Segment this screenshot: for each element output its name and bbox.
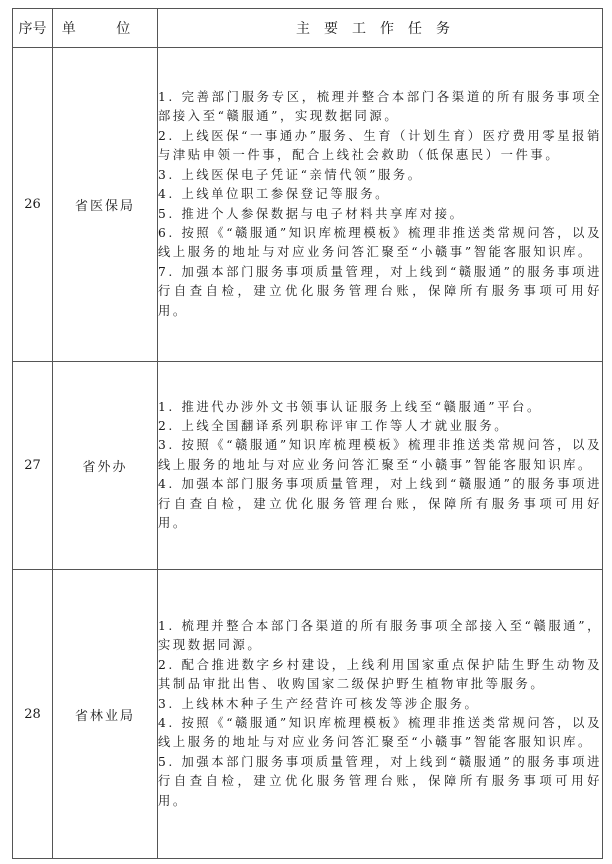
row-unit: 省林业局 [53, 570, 158, 859]
row-number: 28 [13, 570, 53, 859]
task-item: 3. 按照《“赣服通”知识库梳理模板》梳理非推送类常规问答，以及线上服务的地址与… [158, 436, 602, 475]
task-item: 5. 加强本部门服务事项质量管理，对上线到“赣服通”的服务事项进行自查自检，建立… [158, 753, 602, 811]
task-item: 5. 推进个人参保数据与电子材料共享库对接。 [158, 205, 602, 224]
task-item: 1. 梳理并整合本部门各渠道的所有服务事项全部接入至“赣服通”，实现数据同源。 [158, 617, 602, 656]
header-unit: 单 位 [53, 9, 158, 48]
work-task-table: 序号 单 位 主要工作任务 26 省医保局 1. 完善部门服务专区，梳理并整合本… [12, 8, 603, 859]
row-unit: 省医保局 [53, 48, 158, 362]
row-tasks: 1. 完善部门服务专区，梳理并整合本部门各渠道的所有服务事项全部接入至“赣服通”… [158, 48, 603, 362]
task-item: 4. 加强本部门服务事项质量管理，对上线到“赣服通”的服务事项进行自查自检，建立… [158, 475, 602, 533]
task-item: 3. 上线医保电子凭证“亲情代领”服务。 [158, 166, 602, 185]
task-item: 1. 完善部门服务专区，梳理并整合本部门各渠道的所有服务事项全部接入至“赣服通”… [158, 88, 602, 127]
task-item: 2. 配合推进数字乡村建设，上线利用国家重点保护陆生野生动物及其制品审批出售、收… [158, 656, 602, 695]
header-number: 序号 [13, 9, 53, 48]
task-item: 1. 推进代办涉外文书领事认证服务上线至“赣服通”平台。 [158, 398, 602, 417]
table-row: 28 省林业局 1. 梳理并整合本部门各渠道的所有服务事项全部接入至“赣服通”，… [13, 570, 603, 859]
task-item: 4. 上线单位职工参保登记等服务。 [158, 185, 602, 204]
table-row: 27 省外办 1. 推进代办涉外文书领事认证服务上线至“赣服通”平台。 2. 上… [13, 362, 603, 570]
row-unit: 省外办 [53, 362, 158, 570]
row-number: 26 [13, 48, 53, 362]
task-item: 2. 上线全国翻译系列职称评审工作等人才就业服务。 [158, 417, 602, 436]
row-tasks: 1. 梳理并整合本部门各渠道的所有服务事项全部接入至“赣服通”，实现数据同源。 … [158, 570, 603, 859]
row-number: 27 [13, 362, 53, 570]
task-item: 4. 按照《“赣服通”知识库梳理模板》梳理非推送类常规问答，以及线上服务的地址与… [158, 714, 602, 753]
task-item: 7. 加强本部门服务事项质量管理，对上线到“赣服通”的服务事项进行自查自检，建立… [158, 263, 602, 321]
task-item: 2. 上线医保“一事通办”服务、生育（计划生育）医疗费用零星报销与津贴申领一件事… [158, 127, 602, 166]
row-tasks: 1. 推进代办涉外文书领事认证服务上线至“赣服通”平台。 2. 上线全国翻译系列… [158, 362, 603, 570]
header-tasks: 主要工作任务 [158, 9, 603, 48]
task-item: 6. 按照《“赣服通”知识库梳理模板》梳理非推送类常规问答，以及线上服务的地址与… [158, 224, 602, 263]
table-header-row: 序号 单 位 主要工作任务 [13, 9, 603, 48]
task-item: 3. 上线林木种子生产经营许可核发等涉企服务。 [158, 695, 602, 714]
table-row: 26 省医保局 1. 完善部门服务专区，梳理并整合本部门各渠道的所有服务事项全部… [13, 48, 603, 362]
